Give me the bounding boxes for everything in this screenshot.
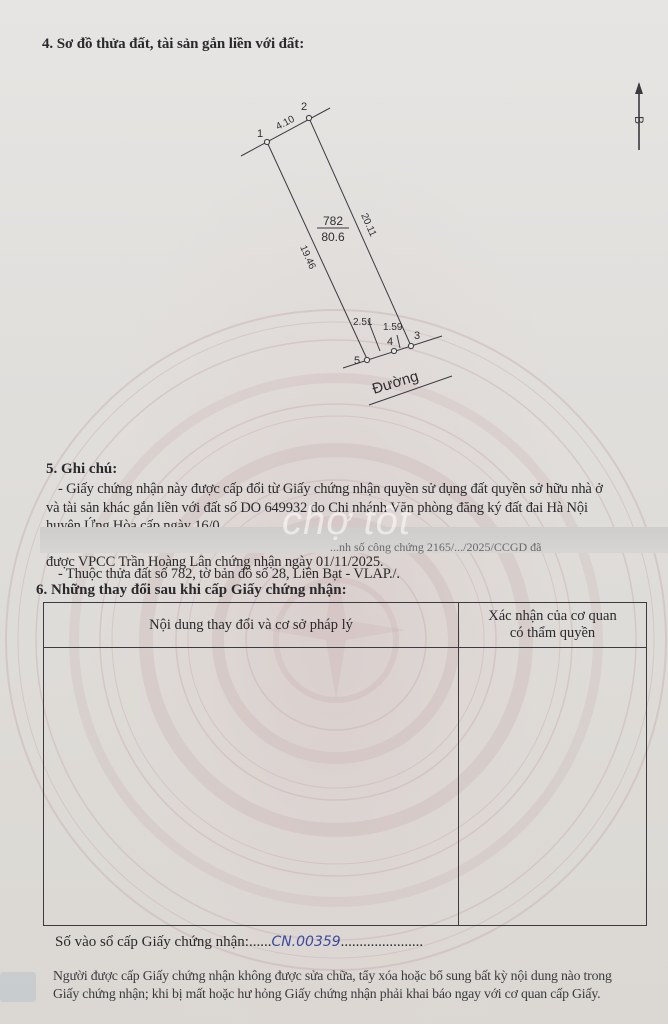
- point-label-3: 3: [414, 330, 420, 342]
- registry-dots-after: ......................: [341, 934, 424, 950]
- registry-number-line: Số vào sổ cấp Giấy chứng nhận:......CN.0…: [55, 934, 423, 951]
- north-arrow-label: B: [632, 116, 646, 124]
- registry-label: Số vào sổ cấp Giấy chứng nhận:: [55, 934, 249, 950]
- empty-table-row: [44, 648, 647, 926]
- column-header-content: Nội dung thay đổi và cơ sở pháp lý: [44, 603, 459, 648]
- changes-table: Nội dung thay đổi và cơ sở pháp lý Xác n…: [43, 602, 647, 926]
- north-arrow-icon: B: [630, 80, 648, 152]
- point-label-5: 5: [354, 355, 360, 367]
- warning-line-1: Người được cấp Giấy chứng nhận không đượ…: [53, 968, 612, 984]
- column-header-confirmation: Xác nhận của cơ quan có thẩm quyền: [459, 603, 647, 648]
- parcel-diagram: 1 2 3 4 5 4.10 20.11 19.46 2.51 1.59 782…: [0, 0, 668, 460]
- parcel-area: 80.6: [321, 230, 345, 244]
- chotot-watermark: chợ tốt: [282, 499, 411, 544]
- content-cell: [44, 648, 459, 926]
- registry-handwritten-number: CN.00359: [271, 934, 340, 950]
- edge-1-5: [267, 142, 367, 359]
- length-5-4: 2.51: [353, 317, 373, 328]
- column-header-confirmation-line-1: Xác nhận của cơ quan: [460, 608, 645, 625]
- point-label-1: 1: [257, 128, 263, 140]
- registry-dots-before: ......: [249, 934, 272, 950]
- point-label-4: 4: [387, 336, 393, 348]
- length-5-1: 19.46: [297, 244, 317, 272]
- column-header-confirmation-line-2: có thẩm quyền: [460, 625, 645, 642]
- confirmation-cell: [459, 648, 647, 926]
- note-line-1: - Giấy chứng nhận này được cấp đổi từ Gi…: [58, 481, 603, 498]
- road-label: Đường: [370, 368, 420, 398]
- section-6-title: 6. Những thay đổi sau khi cấp Giấy chứng…: [36, 582, 347, 599]
- note-line-5: - Thuộc thửa đất số 782, tờ bản đồ số 28…: [58, 566, 400, 583]
- point-label-2: 2: [301, 101, 307, 113]
- corner-badge: [0, 972, 36, 1002]
- length-1-2: 4.10: [274, 114, 297, 133]
- parcel-number: 782: [323, 214, 343, 228]
- section-5-title: 5. Ghi chú:: [46, 461, 117, 478]
- north-boundary-line: [241, 108, 330, 156]
- warning-line-2: Giấy chứng nhận; khi bị mất hoặc hư hỏng…: [53, 986, 600, 1002]
- length-4-3: 1.59: [383, 322, 403, 333]
